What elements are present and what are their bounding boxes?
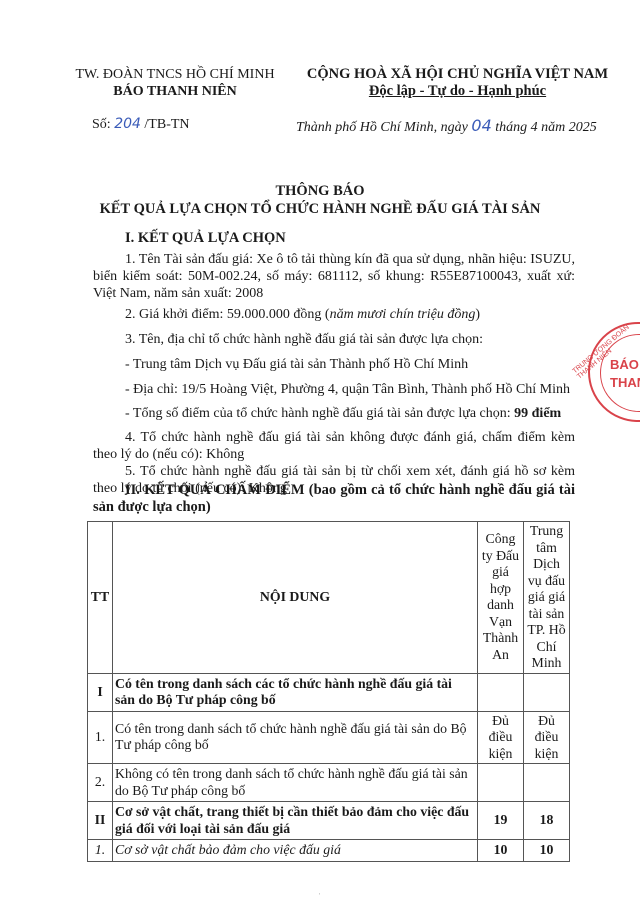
table-row: 2.Không có tên trong danh sách tổ chức h… (88, 764, 570, 802)
item-3-total-score: - Tổng số điểm của tổ chức hành nghề đấu… (125, 405, 561, 422)
section-2-heading: II. KẾT QUẢ CHẤM ĐIỂM (bao gồm cả tổ chứ… (93, 482, 575, 516)
official-stamp: TRUNG ƯƠNG ĐOÀN THANH NIÊN BÁO THANH (588, 322, 640, 422)
cell-content: Cơ sở vật chất, trang thiết bị cần thiết… (113, 802, 478, 840)
cell-col2 (524, 764, 570, 802)
scoring-table: TT NỘI DUNG Công ty Đấu giá hợp danh Vạn… (87, 521, 570, 862)
cell-content: Cơ sở vật chất bảo đảm cho việc đấu giá (113, 840, 478, 862)
cell-content: Có tên trong danh sách các tổ chức hành … (113, 673, 478, 711)
page-mark: ˈ (318, 892, 321, 901)
organization-name: BÁO THANH NIÊN (60, 83, 290, 100)
title-line-1: THÔNG BÁO (0, 182, 640, 200)
item-1-asset: 1. Tên Tài sản đấu giá: Xe ô tô tải thùn… (93, 251, 575, 302)
title-line-2: KẾT QUẢ LỰA CHỌN TỔ CHỨC HÀNH NGHỀ ĐẤU G… (0, 200, 640, 218)
cell-content: Không có tên trong danh sách tổ chức hàn… (113, 764, 478, 802)
issuing-organization: TW. ĐOÀN TNCS HỒ CHÍ MINH BÁO THANH NIÊN (60, 66, 290, 100)
header-col-hcmc-center: Trung tâm Dịch vụ đấu giá giá tài sản TP… (524, 522, 570, 674)
selected-score: 99 điểm (514, 406, 561, 421)
table-header-row: TT NỘI DUNG Công ty Đấu giá hợp danh Vạn… (88, 522, 570, 674)
cell-col2: Đủ điều kiện (524, 711, 570, 764)
document-title: THÔNG BÁO KẾT QUẢ LỰA CHỌN TỔ CHỨC HÀNH … (0, 182, 640, 218)
cell-tt: I (88, 673, 113, 711)
item-2-price: 2. Giá khởi điểm: 59.000.000 đồng (năm m… (125, 306, 480, 323)
handwritten-number: 204 (114, 116, 141, 132)
table-row: 1.Cơ sở vật chất bảo đảm cho việc đấu gi… (88, 840, 570, 862)
item-4-not-evaluated: 4. Tổ chức hành nghề đấu giá tài sản khô… (93, 429, 575, 463)
country-name: CỘNG HOÀ XÃ HỘI CHỦ NGHĨA VIỆT NAM (285, 66, 630, 83)
cell-col1 (478, 764, 524, 802)
item-3-heading: 3. Tên, địa chỉ tổ chức hành nghề đấu gi… (125, 331, 483, 348)
document-date: Thành phố Hồ Chí Minh, ngày 04 tháng 4 n… (296, 116, 597, 136)
cell-tt: 2. (88, 764, 113, 802)
cell-tt: 1. (88, 840, 113, 862)
cell-col1: Đủ điều kiện (478, 711, 524, 764)
table-row: ICó tên trong danh sách các tổ chức hành… (88, 673, 570, 711)
cell-col1 (478, 673, 524, 711)
header-tt: TT (88, 522, 113, 674)
cell-tt: 1. (88, 711, 113, 764)
cell-col1: 10 (478, 840, 524, 862)
parent-organization: TW. ĐOÀN TNCS HỒ CHÍ MINH (60, 66, 290, 83)
cell-col1: 19 (478, 802, 524, 840)
cell-col2: 10 (524, 840, 570, 862)
cell-col2 (524, 673, 570, 711)
document-number: Số: 204 /TB-TN (92, 116, 190, 133)
header-content: NỘI DUNG (113, 522, 478, 674)
cell-col2: 18 (524, 802, 570, 840)
national-header: CỘNG HOÀ XÃ HỘI CHỦ NGHĨA VIỆT NAM Độc l… (285, 66, 630, 100)
national-motto: Độc lập - Tự do - Hạnh phúc (285, 83, 630, 100)
table-row: IICơ sở vật chất, trang thiết bị cần thi… (88, 802, 570, 840)
handwritten-day: 04 (471, 116, 491, 135)
cell-tt: II (88, 802, 113, 840)
section-1-heading: I. KẾT QUẢ LỰA CHỌN (125, 230, 286, 247)
header-col-van-thanh-an: Công ty Đấu giá hợp danh Vạn Thành An (478, 522, 524, 674)
table-row: 1.Có tên trong danh sách tổ chức hành ng… (88, 711, 570, 764)
item-3-address: - Địa chỉ: 19/5 Hoàng Việt, Phường 4, qu… (125, 381, 570, 398)
item-3-organization: - Trung tâm Dịch vụ Đấu giá tài sản Thàn… (125, 356, 468, 373)
cell-content: Có tên trong danh sách tổ chức hành nghề… (113, 711, 478, 764)
